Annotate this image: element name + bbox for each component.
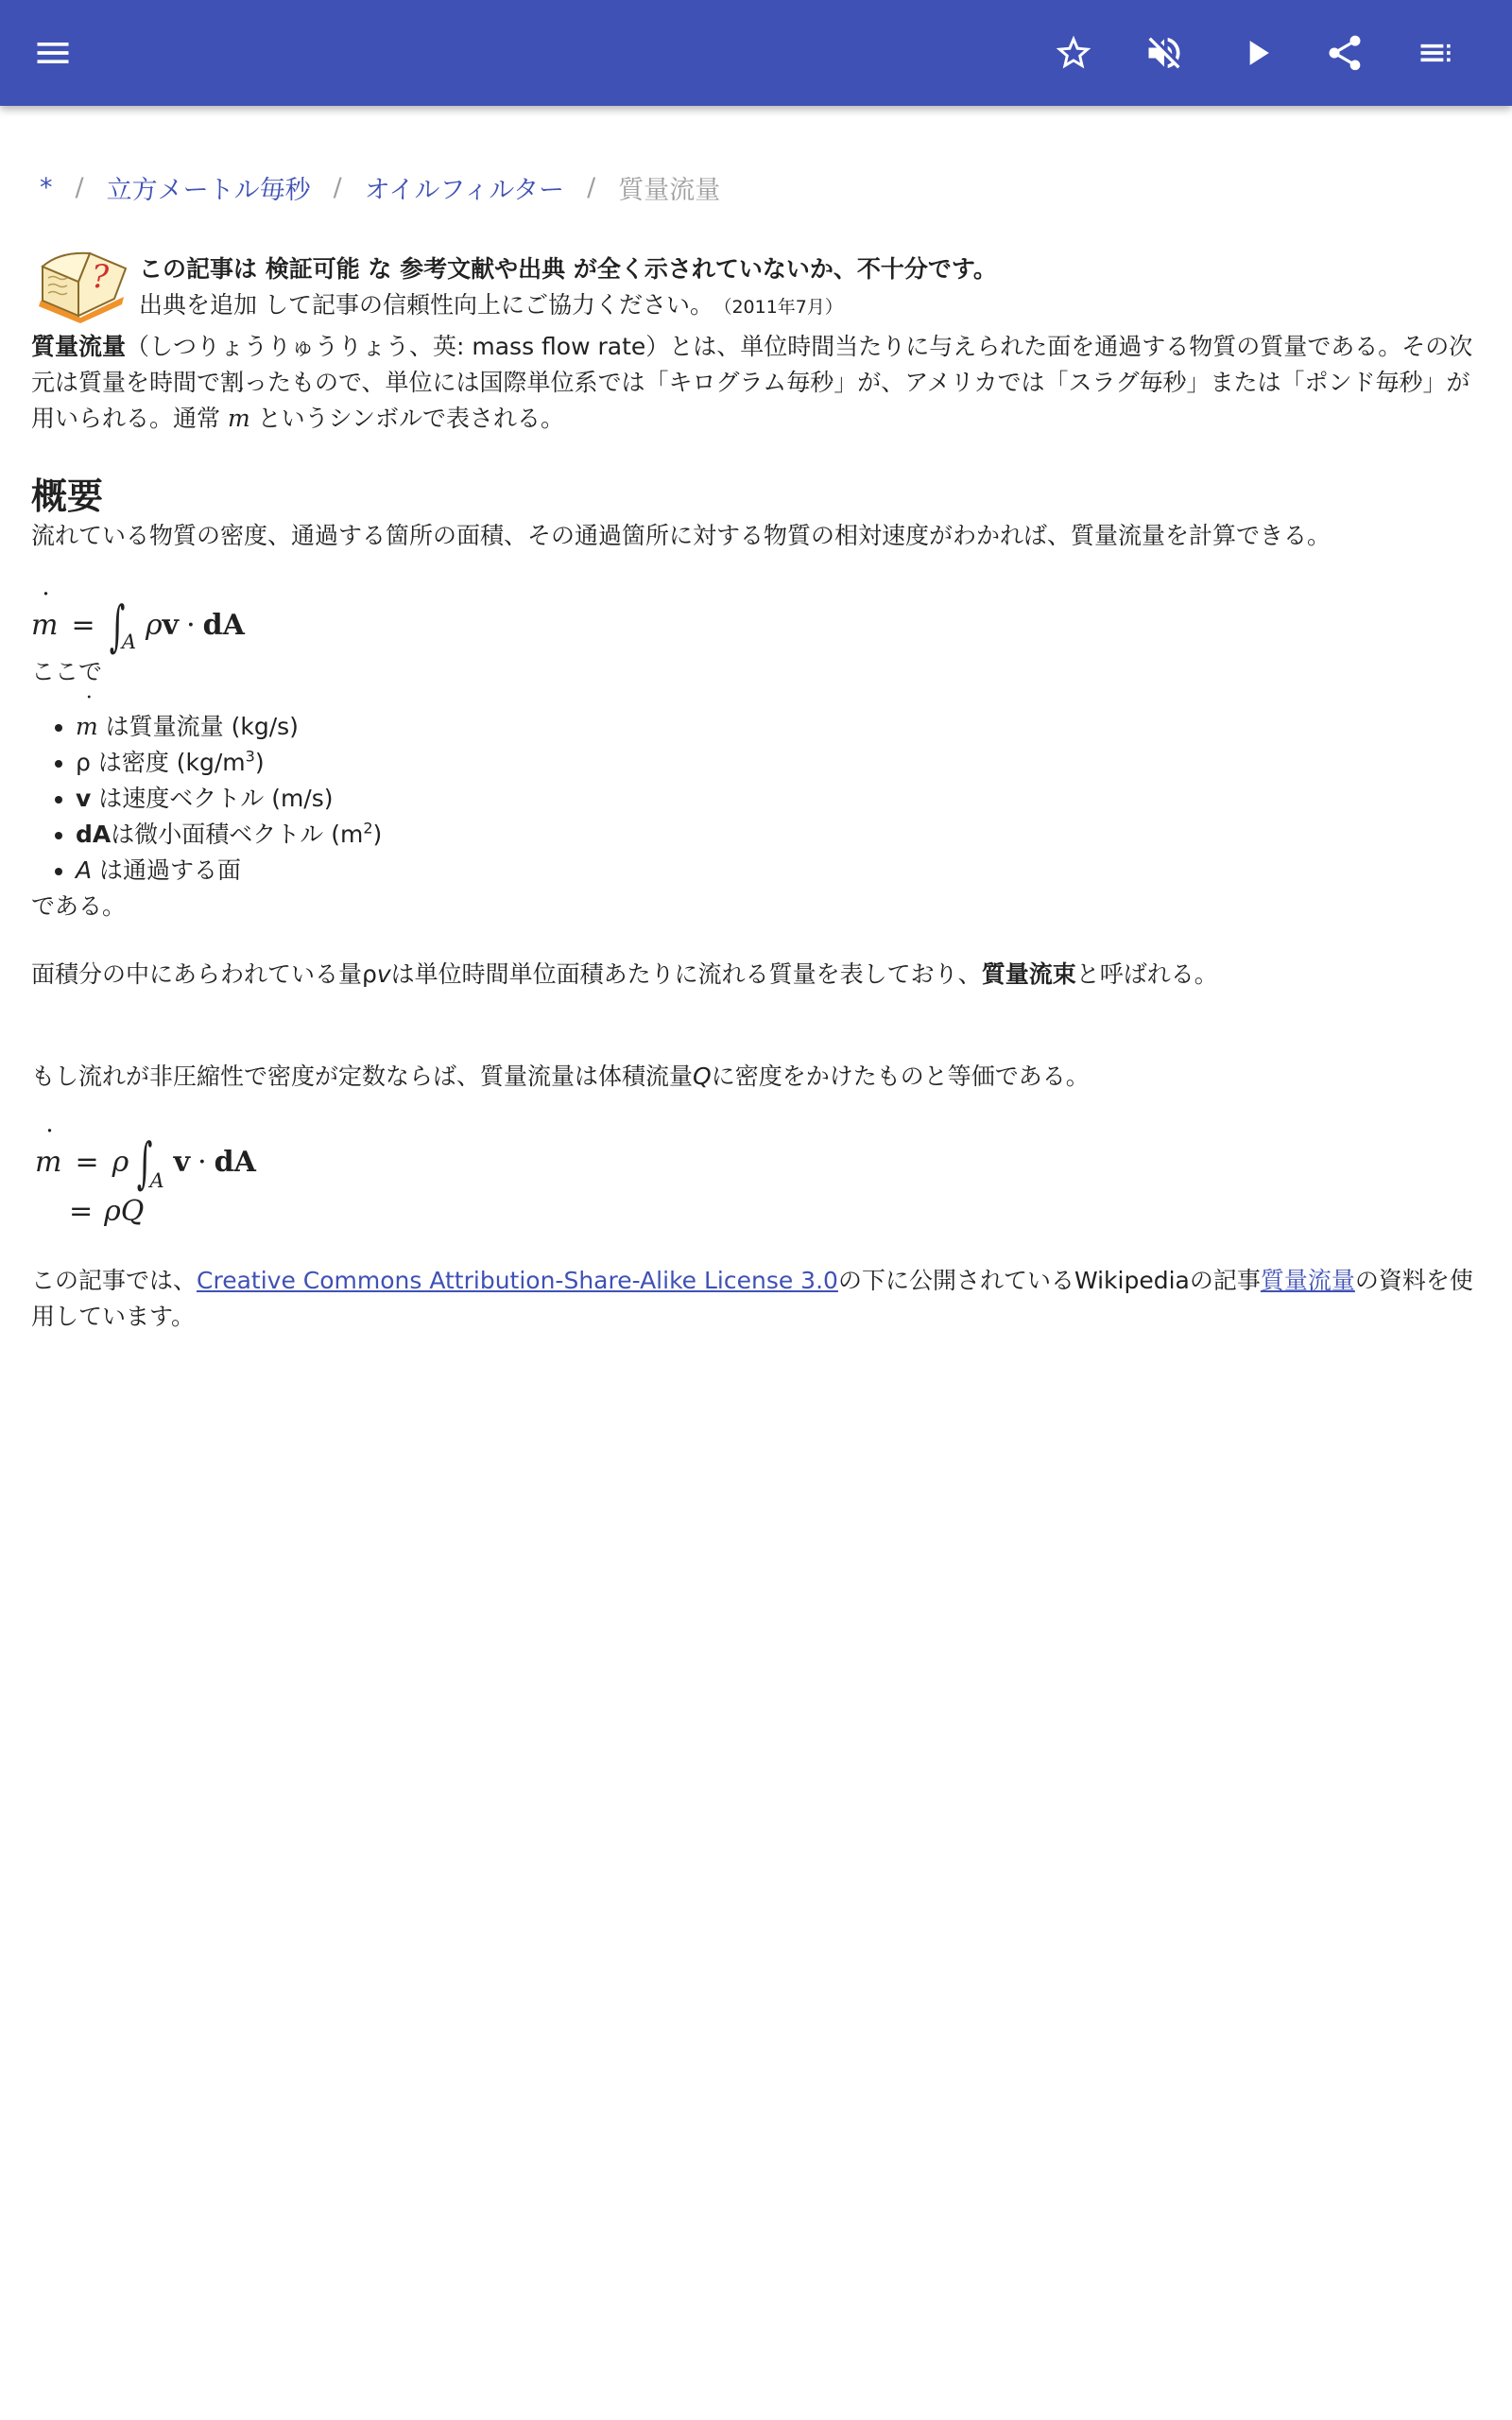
star-outline-icon bbox=[1053, 32, 1094, 74]
formula-rho: ρ bbox=[112, 1145, 129, 1181]
list-item: ρ は密度 (kg/m3) bbox=[76, 745, 1481, 781]
list-item: m は質量流量 (kg/s) bbox=[76, 709, 1481, 745]
list-text-tail: ) bbox=[373, 821, 383, 848]
license-link[interactable]: Creative Commons Attribution-Share-Alike… bbox=[197, 1267, 838, 1294]
formula-lhs: m bbox=[31, 608, 58, 644]
formula2-line2: = ρQ bbox=[31, 1193, 1481, 1231]
list-text: は速度ベクトル (m/s) bbox=[91, 785, 333, 812]
playlist-icon bbox=[1416, 32, 1457, 74]
credit-text-b: の下に公開されているWikipediaの記事 bbox=[838, 1267, 1261, 1294]
list-text: は質量流量 (kg/s) bbox=[98, 713, 299, 740]
volume-off-icon bbox=[1143, 32, 1185, 74]
flux-v: v bbox=[377, 960, 391, 988]
breadcrumb-separator: / bbox=[587, 173, 595, 202]
table-of-contents-button[interactable] bbox=[1408, 25, 1465, 81]
share-icon bbox=[1324, 32, 1366, 74]
symbol-v: v bbox=[76, 785, 91, 812]
breadcrumb: * / 立方メートル毎秒 / オイルフィルター / 質量流量 bbox=[40, 166, 720, 208]
symbol-dA: dA bbox=[76, 821, 111, 848]
wikipedia-article-link[interactable]: 質量流量 bbox=[1261, 1267, 1355, 1294]
credit-text: この記事では、 bbox=[31, 1267, 197, 1294]
mass-flux-paragraph: 面積分の中にあらわれている量ρvは単位時間単位面積あたりに流れる質量を表しており… bbox=[31, 957, 1481, 993]
formula2-line1: m = ρ ∫ A v · dA bbox=[31, 1132, 1481, 1193]
app-bar bbox=[0, 0, 1512, 106]
list-text: は通過する面 bbox=[92, 856, 241, 884]
play-icon bbox=[1236, 32, 1278, 74]
license-credit: この記事では、Creative Commons Attribution-Shar… bbox=[31, 1263, 1481, 1335]
intro-paragraph: 質量流量（しつりょうりゅうりょう、英: mass flow rate）とは、単位… bbox=[31, 329, 1481, 437]
symbol-Q: Q bbox=[693, 1063, 712, 1090]
list-item: dAは微小面積ベクトル (m2) bbox=[76, 817, 1481, 853]
symbol-A: A bbox=[76, 856, 92, 884]
superscript: 3 bbox=[246, 748, 255, 766]
formula-v: v bbox=[163, 608, 179, 644]
formula-dot: · bbox=[186, 608, 196, 644]
flux-text-c: と呼ばれる。 bbox=[1076, 960, 1218, 988]
symbol-rho: ρ bbox=[76, 749, 91, 776]
incomp-text-b: に密度をかけたものと等価である。 bbox=[712, 1063, 1090, 1090]
incomp-text: もし流れが非圧縮性で密度が定数ならば、質量流量は体積流量 bbox=[31, 1063, 693, 1090]
formula-dA: dA bbox=[215, 1145, 256, 1181]
menu-button[interactable] bbox=[25, 25, 81, 81]
notice-title: この記事は 検証可能 な 参考文献や出典 が全く示されていないか、不十分です。 bbox=[139, 251, 997, 287]
formula-lhs: m bbox=[35, 1145, 61, 1181]
bookmark-button[interactable] bbox=[1045, 25, 1102, 81]
list-item: A は通過する面 bbox=[76, 853, 1481, 889]
formula-rhoQ: ρQ bbox=[104, 1194, 144, 1230]
notice-date: （2011年7月） bbox=[723, 297, 843, 318]
mass-flux-term: 質量流束 bbox=[982, 960, 1076, 988]
formula-equals: = bbox=[75, 1145, 98, 1181]
intro-text-end: というシンボルで表される。 bbox=[250, 405, 564, 432]
mute-button[interactable] bbox=[1136, 25, 1193, 81]
menu-icon bbox=[32, 32, 74, 74]
share-button[interactable] bbox=[1316, 25, 1373, 81]
overview-paragraph: 流れている物質の密度、通過する箇所の面積、その通過箇所に対する物質の相対速度がわ… bbox=[31, 518, 1481, 554]
superscript: 2 bbox=[363, 820, 372, 838]
citation-needed-notice: ? この記事は 検証可能 な 参考文献や出典 が全く示されていないか、不十分です… bbox=[31, 244, 1481, 323]
question-book-icon: ? bbox=[35, 246, 129, 323]
incompressible-paragraph: もし流れが非圧縮性で密度が定数ならば、質量流量は体積流量Qに密度をかけたものと等… bbox=[31, 1059, 1481, 1095]
breadcrumb-item-oil-filter[interactable]: オイルフィルター bbox=[365, 169, 564, 206]
integral-subscript: A bbox=[122, 624, 136, 660]
formula-dA: dA bbox=[203, 608, 245, 644]
article-content: ? この記事は 検証可能 な 参考文献や出典 が全く示されていないか、不十分です… bbox=[31, 244, 1481, 1335]
formula-equals: = bbox=[71, 608, 94, 644]
where-text: ここで bbox=[31, 654, 1481, 690]
breadcrumb-separator: / bbox=[76, 173, 84, 202]
symbol-m: m bbox=[76, 709, 98, 745]
list-text-tail: ) bbox=[255, 749, 265, 776]
breadcrumb-item-cubic-meter-per-second[interactable]: 立方メートル毎秒 bbox=[107, 169, 311, 206]
term-bold: 質量流量 bbox=[31, 333, 126, 360]
m-dot-symbol: m bbox=[228, 401, 250, 437]
dearu-text: である。 bbox=[31, 889, 1481, 925]
variable-list: m は質量流量 (kg/s) ρ は密度 (kg/m3) v は速度ベクトル (… bbox=[31, 709, 1481, 889]
formula-equals: = bbox=[69, 1194, 93, 1230]
list-item: v は速度ベクトル (m/s) bbox=[76, 781, 1481, 817]
formula-rho: ρ bbox=[146, 608, 163, 644]
notice-body-text: 出典を追加 して記事の信頼性向上にご協力ください。 bbox=[139, 291, 713, 319]
incompressible-formula: m = ρ ∫ A v · dA = ρQ bbox=[31, 1132, 1481, 1231]
breadcrumb-separator: / bbox=[334, 173, 342, 202]
flux-text-b: は単位時間単位面積あたりに流れる質量を表しており、 bbox=[391, 960, 982, 988]
integral-subscript: A bbox=[149, 1163, 163, 1199]
play-button[interactable] bbox=[1228, 25, 1285, 81]
mass-flow-integral-formula: m = ∫ A ρ v · dA bbox=[31, 597, 1481, 654]
list-text: は微小面積ベクトル (m bbox=[111, 821, 363, 848]
svg-text:?: ? bbox=[92, 258, 110, 296]
breadcrumb-item-root[interactable]: * bbox=[40, 173, 53, 202]
breadcrumb-item-current: 質量流量 bbox=[618, 169, 720, 206]
notice-body: 出典を追加 して記事の信頼性向上にご協力ください。（2011年7月） bbox=[139, 287, 843, 325]
section-heading-overview: 概要 bbox=[31, 475, 1481, 518]
list-text: は密度 (kg/m bbox=[91, 749, 246, 776]
formula-dot: · bbox=[198, 1145, 207, 1181]
formula-v: v bbox=[174, 1145, 190, 1181]
flux-text: 面積分の中にあらわれている量ρ bbox=[31, 960, 377, 988]
